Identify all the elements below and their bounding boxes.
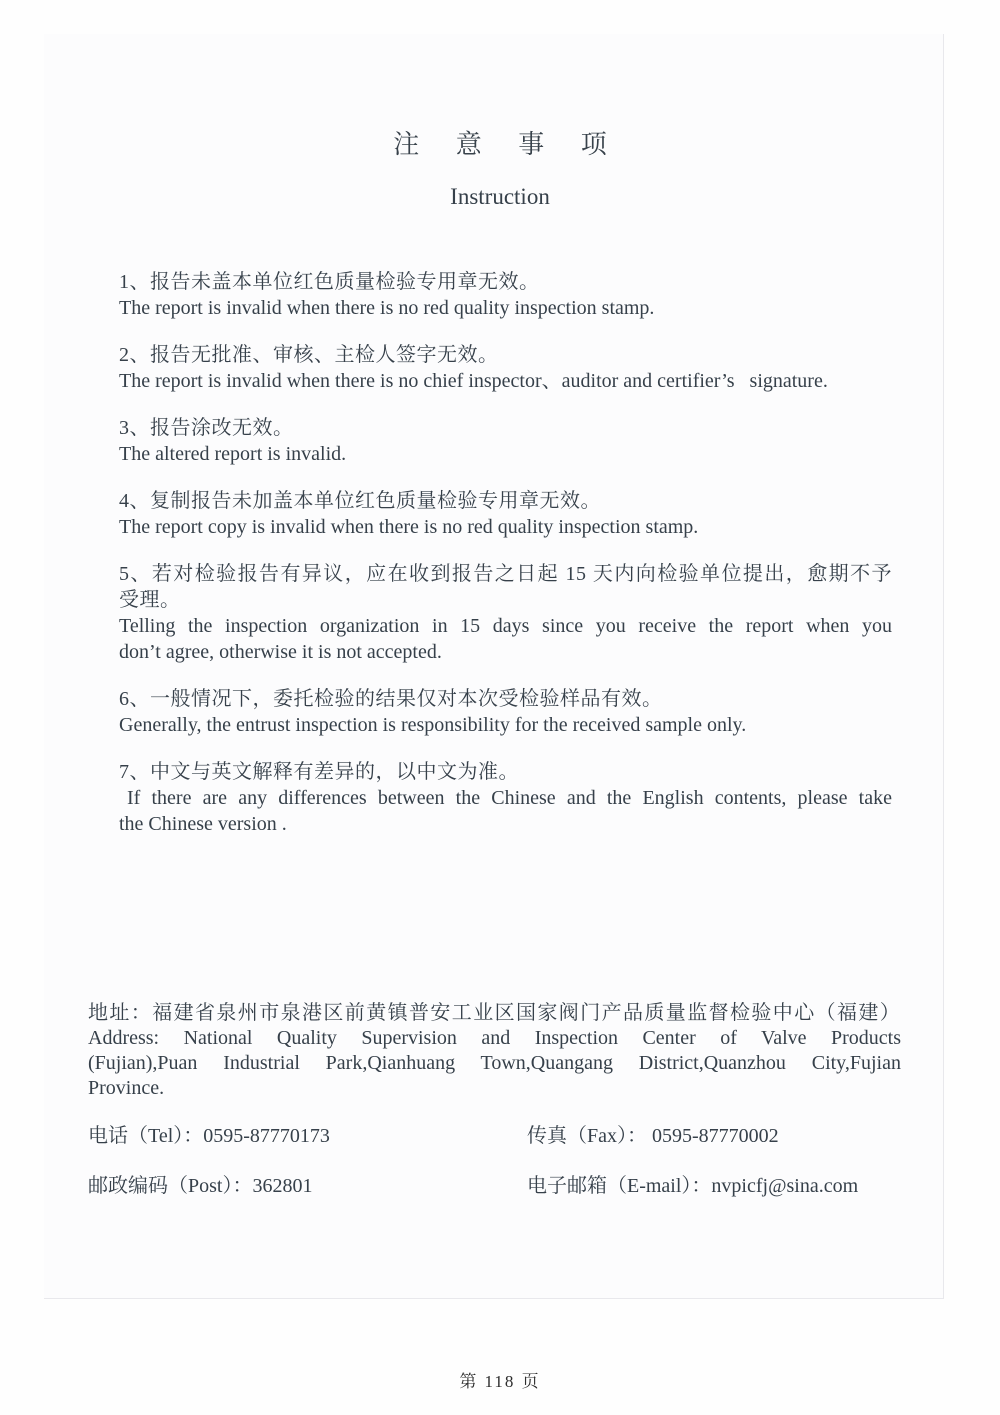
item-7-en-line-2: the Chinese version . <box>119 811 892 837</box>
instruction-item-4: 4、复制报告未加盖本单位红色质量检验专用章无效。 The report copy… <box>119 488 892 540</box>
item-2-cn-line: 2、报告无批准、审核、主检人签字无效。 <box>119 342 892 368</box>
contact-row-2: 邮政编码（Post）：362801 电子邮箱（E-mail）：nvpicfj@s… <box>88 1173 901 1223</box>
item-7-en-line-1: If there are any differences between the… <box>119 785 892 811</box>
address-en-line-3: Province. <box>88 1076 901 1101</box>
address-cn-line: 地址：福建省泉州市泉港区前黄镇普安工业区国家阀门产品质量监督检验中心（福建） <box>88 1001 901 1026</box>
item-7-cn-line: 7、中文与英文解释有差异的，以中文为准。 <box>119 759 892 785</box>
item-3-en-line: The altered report is invalid. <box>119 441 892 467</box>
item-5-en-line-1: Telling the inspection organization in 1… <box>119 613 892 639</box>
instruction-item-6: 6、一般情况下，委托检验的结果仅对本次受检验样品有效。 Generally, t… <box>119 686 892 738</box>
item-6-en-line: Generally, the entrust inspection is res… <box>119 712 892 738</box>
instruction-list: 1、报告未盖本单位红色质量检验专用章无效。 The report is inva… <box>119 269 892 858</box>
instruction-item-3: 3、报告涂改无效。 The altered report is invalid. <box>119 415 892 467</box>
instruction-item-5: 5、若对检验报告有异议，应在收到报告之日起 15 天内向检验单位提出，愈期不予 … <box>119 561 892 665</box>
item-1-en-line: The report is invalid when there is no r… <box>119 295 892 321</box>
tel-line: 电话（Tel）：0595-87770173 <box>88 1123 527 1173</box>
item-2-en-line: The report is invalid when there is no c… <box>119 368 892 394</box>
item-6-cn-line: 6、一般情况下，委托检验的结果仅对本次受检验样品有效。 <box>119 686 892 712</box>
instruction-item-2: 2、报告无批准、审核、主检人签字无效。 The report is invali… <box>119 342 892 394</box>
item-4-cn-line: 4、复制报告未加盖本单位红色质量检验专用章无效。 <box>119 488 892 514</box>
page-title-en: Instruction <box>0 183 1000 211</box>
item-4-en-line: The report copy is invalid when there is… <box>119 514 892 540</box>
page-title-cn: 注 意 事 项 <box>0 128 1000 162</box>
post-line: 邮政编码（Post）：362801 <box>88 1173 527 1223</box>
item-5-cn-line-1: 5、若对检验报告有异议，应在收到报告之日起 15 天内向检验单位提出，愈期不予 <box>119 561 892 587</box>
address-en-line-1: Address: National Quality Supervision an… <box>88 1026 901 1051</box>
page-number: 第 118 页 <box>0 1371 1000 1393</box>
instruction-page: 注 意 事 项 Instruction 1、报告未盖本单位红色质量检验专用章无效… <box>0 0 1000 1415</box>
instruction-item-1: 1、报告未盖本单位红色质量检验专用章无效。 The report is inva… <box>119 269 892 321</box>
item-5-en-line-2: don’t agree, otherwise it is not accepte… <box>119 639 892 665</box>
fax-line: 传真（Fax）： 0595-87770002 <box>527 1123 901 1173</box>
email-line: 电子邮箱（E-mail）：nvpicfj@sina.com <box>527 1173 901 1223</box>
contact-block: 电话（Tel）：0595-87770173 传真（Fax）： 0595-8777… <box>88 1123 901 1223</box>
address-block: 地址：福建省泉州市泉港区前黄镇普安工业区国家阀门产品质量监督检验中心（福建） A… <box>88 1001 901 1101</box>
contact-row-1: 电话（Tel）：0595-87770173 传真（Fax）： 0595-8777… <box>88 1123 901 1173</box>
item-1-cn-line: 1、报告未盖本单位红色质量检验专用章无效。 <box>119 269 892 295</box>
item-5-cn-line-2: 受理。 <box>119 587 892 613</box>
address-en-line-2: (Fujian),Puan Industrial Park,Qianhuang … <box>88 1051 901 1076</box>
item-3-cn-line: 3、报告涂改无效。 <box>119 415 892 441</box>
instruction-item-7: 7、中文与英文解释有差异的，以中文为准。 If there are any di… <box>119 759 892 837</box>
